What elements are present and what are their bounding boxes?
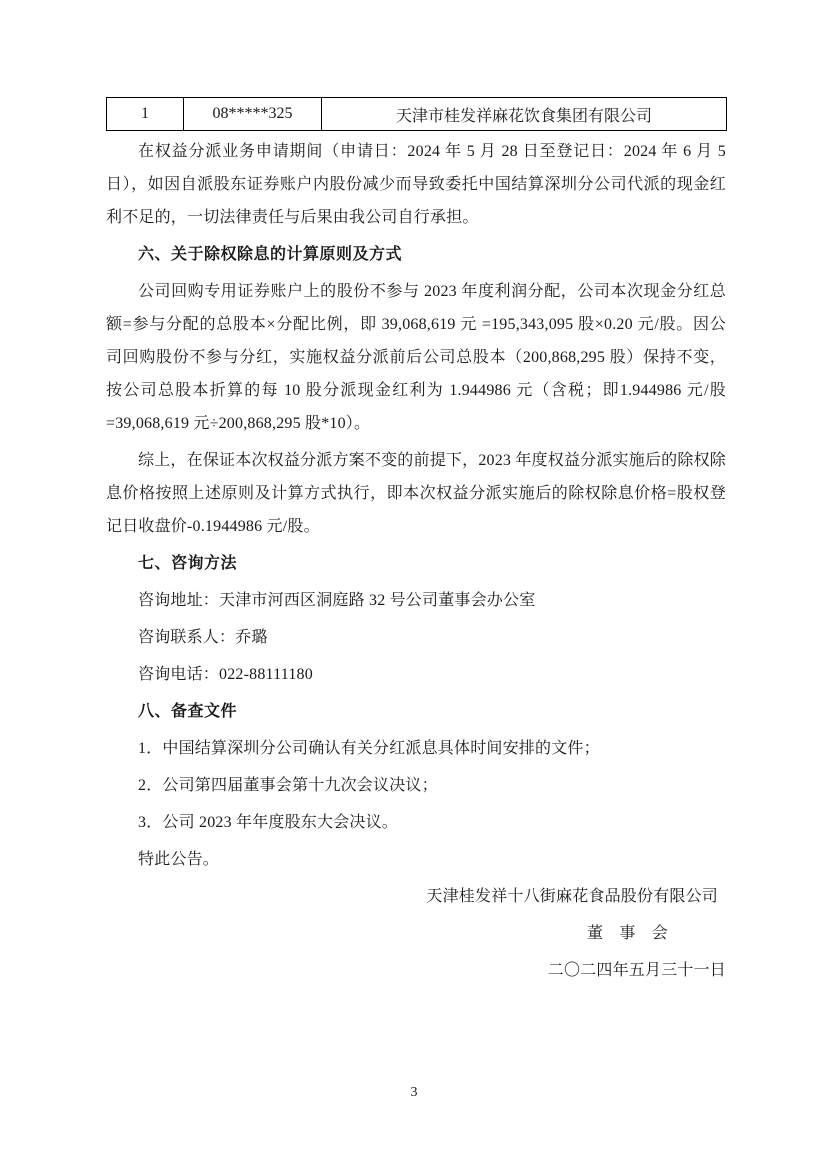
- paragraph-ex-dividend-summary: 综上，在保证本次权益分派方案不变的前提下，2023 年度权益分派实施后的除权除息…: [106, 444, 726, 543]
- consult-address-line: 咨询地址：天津市河西区洞庭路 32 号公司董事会办公室: [106, 584, 726, 617]
- section-heading-six: 六、关于除权除息的计算原则及方式: [106, 238, 726, 271]
- signature-company-name: 天津桂发祥十八街麻花食品股份有限公司: [106, 880, 726, 913]
- signature-date: 二〇二四年五月三十一日: [106, 954, 726, 987]
- reference-document-item: 1．中国结算深圳分公司确认有关分红派息具体时间安排的文件；: [106, 732, 726, 765]
- table-cell-index: 1: [107, 98, 184, 131]
- document-page: 1 08*****325 天津市桂发祥麻花饮食集团有限公司 在权益分派业务申请期…: [0, 0, 828, 1170]
- signature-board-of-directors: 董 事 会: [106, 917, 726, 950]
- paragraph-calculation-method: 公司回购专用证券账户上的股份不参与 2023 年度利润分配，公司本次现金分红总额…: [106, 275, 726, 440]
- shareholder-table: 1 08*****325 天津市桂发祥麻花饮食集团有限公司: [106, 97, 727, 131]
- section-heading-seven: 七、咨询方法: [106, 547, 726, 580]
- table-cell-holder-name: 天津市桂发祥麻花饮食集团有限公司: [322, 98, 727, 131]
- consult-phone-line: 咨询电话：022-88111180: [106, 658, 726, 691]
- table-row: 1 08*****325 天津市桂发祥麻花饮食集团有限公司: [107, 98, 727, 131]
- document-content: 1 08*****325 天津市桂发祥麻花饮食集团有限公司 在权益分派业务申请期…: [106, 97, 726, 991]
- reference-document-item: 3．公司 2023 年年度股东大会决议。: [106, 806, 726, 839]
- table-cell-account-number: 08*****325: [184, 98, 322, 131]
- section-heading-eight: 八、备查文件: [106, 695, 726, 728]
- page-number: 3: [0, 1085, 828, 1101]
- closing-announcement-line: 特此公告。: [106, 843, 726, 876]
- paragraph-dividend-liability: 在权益分派业务申请期间（申请日：2024 年 5 月 28 日至登记日：2024…: [106, 135, 726, 234]
- consult-contact-line: 咨询联系人：乔璐: [106, 621, 726, 654]
- reference-document-item: 2．公司第四届董事会第十九次会议决议；: [106, 769, 726, 802]
